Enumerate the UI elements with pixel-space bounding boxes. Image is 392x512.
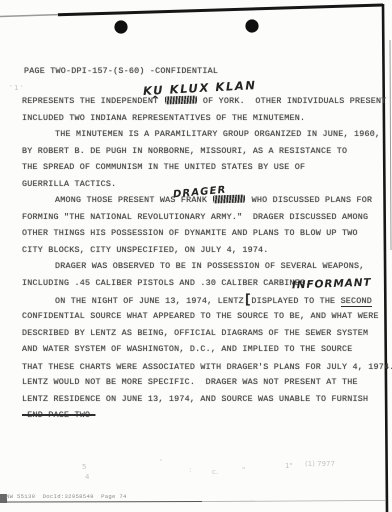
footer-underline: [6, 502, 202, 503]
typewritten-text: DESCRIBED BY LENTZ AS BEING, OFFICIAL DI…: [22, 328, 368, 338]
typewritten-line: THAT THESE CHARTS WERE ASSOCIATED WITH D…: [22, 358, 380, 375]
faint-pencil-mark: 1": [285, 462, 293, 470]
typewritten-text: CONFIDENTIAL SOURCE WHAT APPEARED TO THE…: [22, 311, 379, 321]
typewritten-text: ON THE NIGHT OF JUNE 13, 1974, LENTZ: [55, 296, 244, 306]
faint-pencil-mark: c.: [212, 468, 218, 476]
typewritten-line: FORMING "THE NATIONAL REVOLUTIONARY ARMY…: [22, 209, 380, 226]
typewritten-text: CITY BLOCKS, CITY UNSPECIFIED, ON JULY 4…: [22, 245, 269, 255]
typewritten-text: FORMING "THE NATIONAL REVOLUTIONARY ARMY…: [22, 212, 368, 222]
typewritten-text: INCLUDED TWO INDIANA REPRESENTATIVES OF …: [22, 113, 305, 123]
typewritten-line: BY ROBERT B. DE PUGH IN NORBORNE, MISSOU…: [22, 143, 380, 160]
typewritten-line: REPRESENTS THE INDEPENDENT OF YORK. OTHE…: [22, 93, 380, 110]
typewritten-line: ON THE NIGHT OF JUNE 13, 1974, LENTZ[DIS…: [22, 292, 380, 309]
scanned-document-page: PAGE TWO-DPI-157-(S-60) -CONFIDENTIAL RE…: [0, 0, 392, 512]
struck-through-text: -END PAGE TWO-: [22, 410, 95, 420]
typewritten-text: THE SPREAD OF COMMUNISM IN THE UNITED ST…: [22, 162, 305, 172]
page-header-line: PAGE TWO-DPI-157-(S-60) -CONFIDENTIAL: [24, 66, 218, 76]
typewritten-line: CITY BLOCKS, CITY UNSPECIFIED, ON JULY 4…: [22, 242, 380, 259]
faint-pencil-mark: 4: [85, 473, 89, 481]
typewritten-text: AND WATER SYSTEM OF WASHINGTON, D.C., AN…: [22, 344, 353, 354]
typewritten-line: OTHER THINGS HIS POSSESSION OF DYNAMITE …: [22, 225, 380, 242]
page-right-edge: [383, 4, 387, 512]
page-right-edge-faint: [390, 40, 391, 250]
punch-hole-left: [114, 20, 127, 33]
typewritten-text: DRAGER WAS OBSERVED TO BE IN POSSESSION …: [55, 261, 365, 271]
typewritten-text: LENTZ WOULD NOT BE MORE SPECIFIC. DRAGER…: [22, 377, 358, 387]
page-top-edge: [58, 5, 383, 15]
typewritten-line: LENTZ WOULD NOT BE MORE SPECIFIC. DRAGER…: [22, 374, 380, 391]
typewritten-text: LENTZ RESIDENCE ON JUNE 13, 1974, AND SO…: [22, 394, 368, 404]
typewritten-line: CONFIDENTIAL SOURCE WHAT APPEARED TO THE…: [22, 308, 380, 325]
footer-underline-faint: [202, 501, 386, 502]
typewritten-line: DRAGER WAS OBSERVED TO BE IN POSSESSION …: [22, 258, 380, 275]
typewritten-text: INCLUDING .45 CALIBER PISTOLS AND .30 CA…: [22, 278, 311, 288]
typewritten-text: OTHER THINGS HIS POSSESSION OF DYNAMITE …: [22, 228, 358, 238]
faint-pencil-mark: ": [242, 466, 245, 474]
typewritten-text: DISPLAYED TO THE: [251, 296, 340, 306]
typewritten-text: OF YORK. OTHER INDIVIDUALS PRESENT: [198, 96, 387, 106]
typewritten-line: AND WATER SYSTEM OF WASHINGTON, D.C., AN…: [22, 341, 380, 358]
typewritten-lines: REPRESENTS THE INDEPENDENT OF YORK. OTHE…: [22, 93, 380, 424]
typewritten-line: DESCRIBED BY LENTZ AS BEING, OFFICIAL DI…: [22, 325, 380, 342]
faint-pencil-mark: ': [160, 458, 162, 466]
typewritten-line: INCLUDED TWO INDIANA REPRESENTATIVES OF …: [22, 110, 380, 127]
typewritten-line: LENTZ RESIDENCE ON JUNE 13, 1974, AND SO…: [22, 391, 380, 408]
archive-footer: NW 55139 DocId:32958549 Page 74: [6, 493, 127, 500]
faint-pencil-mark: 5: [82, 463, 86, 471]
typewritten-line: -END PAGE TWO-: [22, 407, 380, 424]
page-top-edge-faint: [0, 15, 62, 17]
typewritten-line: THE MINUTEMEN IS A PARAMILITARY GROUP OR…: [22, 126, 380, 143]
insertion-caret-mark: ^: [151, 95, 159, 106]
faint-pencil-mark: (1) 7977: [305, 460, 335, 468]
typewritten-text: THAT THESE CHARTS WERE ASSOCIATED WITH D…: [22, 362, 392, 372]
typewritten-text: THE MINUTEMEN IS A PARAMILITARY GROUP OR…: [55, 129, 380, 139]
faint-pencil-mark: ' 1 ': [10, 84, 23, 92]
hand-underlined-word: SECOND: [341, 296, 372, 307]
scribbled-out-word: [165, 96, 197, 105]
typewritten-text: REPRESENTS THE INDEPENDENT: [22, 96, 164, 106]
typewritten-text: GUERRILLA TACTICS.: [22, 179, 116, 189]
typewritten-text: BY ROBERT B. DE PUGH IN NORBORNE, MISSOU…: [22, 146, 347, 156]
typewritten-line: THE SPREAD OF COMMUNISM IN THE UNITED ST…: [22, 159, 380, 176]
typewritten-text: WHO DISCUSSED PLANS FOR: [246, 195, 372, 205]
faint-pencil-mark: :: [189, 466, 191, 474]
punch-hole-right: [245, 19, 258, 32]
